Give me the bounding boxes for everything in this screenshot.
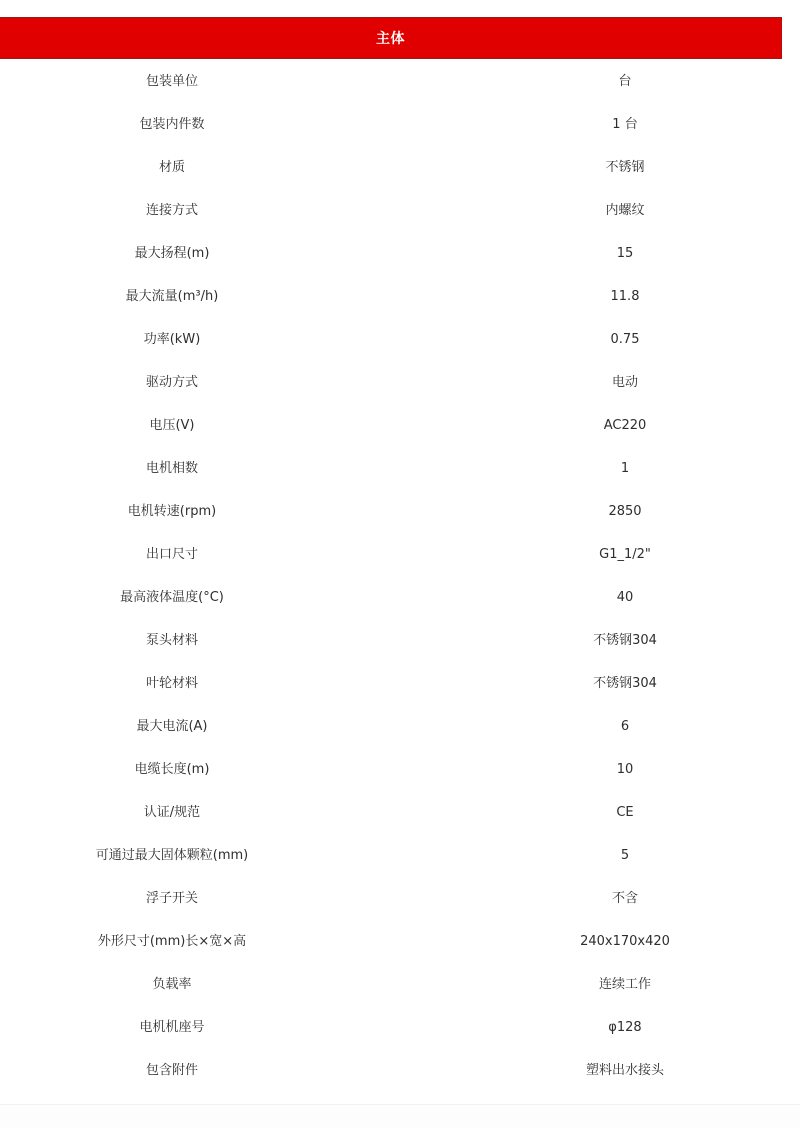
spec-label: 电机相数 [0,447,344,490]
spec-value: 1 [454,447,796,490]
spec-value: 2850 [454,490,796,533]
spec-label: 电机机座号 [0,1006,344,1049]
spec-value: 15 [454,232,796,275]
spec-value: 电动 [454,361,796,404]
spec-value: 40 [454,576,796,619]
spec-label: 浮子开关 [0,877,344,920]
spec-label: 材质 [0,146,344,189]
spec-row-duty-cycle: 负载率 连续工作 [0,963,782,1006]
spec-value: 台 [454,60,796,103]
spec-row-included-accessories: 包含附件 塑料出水接头 [0,1049,782,1092]
spec-label: 负载率 [0,963,344,1006]
spec-value: 不锈钢304 [454,662,796,705]
spec-value: 5 [454,834,796,877]
section-header-bar: 主体 [0,17,782,59]
spec-value: φ128 [454,1006,796,1049]
spec-row-power: 功率(kW) 0.75 [0,318,782,361]
spec-value: 不锈钢 [454,146,796,189]
spec-value: 不含 [454,877,796,920]
spec-value: 6 [454,705,796,748]
spec-value: 内螺纹 [454,189,796,232]
spec-row-impeller-material: 叶轮材料 不锈钢304 [0,662,782,705]
spec-value: 1 台 [454,103,796,146]
spec-row-max-head: 最大扬程(m) 15 [0,232,782,275]
spec-label: 驱动方式 [0,361,344,404]
spec-value: 10 [454,748,796,791]
spec-label: 电压(V) [0,404,344,447]
spec-value: 连续工作 [454,963,796,1006]
spec-label: 功率(kW) [0,318,344,361]
spec-row-certification: 认证/规范 CE [0,791,782,834]
spec-label: 最大电流(A) [0,705,344,748]
spec-label: 叶轮材料 [0,662,344,705]
spec-value: 240x170x420 [454,920,796,963]
spec-label: 连接方式 [0,189,344,232]
spec-row-max-current: 最大电流(A) 6 [0,705,782,748]
spec-row-pump-head-material: 泵头材料 不锈钢304 [0,619,782,662]
spec-label: 电缆长度(m) [0,748,344,791]
spec-value: CE [454,791,796,834]
spec-row-packing-unit: 包装单位 台 [0,60,782,103]
spec-value: 塑料出水接头 [454,1049,796,1092]
spec-label: 认证/规范 [0,791,344,834]
spec-value: 不锈钢304 [454,619,796,662]
spec-label: 可通过最大固体颗粒(mm) [0,834,344,877]
spec-label: 包装单位 [0,60,344,103]
spec-row-drive-type: 驱动方式 电动 [0,361,782,404]
spec-label: 最大流量(m³/h) [0,275,344,318]
spec-row-package-quantity: 包装内件数 1 台 [0,103,782,146]
spec-table: 主体 包装单位 台 包装内件数 1 台 材质 不锈钢 连接方式 内螺纹 最大扬程… [0,17,782,1092]
spec-value: 0.75 [454,318,796,361]
spec-row-connection-type: 连接方式 内螺纹 [0,189,782,232]
spec-label: 电机转速(rpm) [0,490,344,533]
spec-row-dimensions: 外形尺寸(mm)长×宽×高 240x170x420 [0,920,782,963]
spec-label: 包含附件 [0,1049,344,1092]
spec-row-max-liquid-temp: 最高液体温度(°C) 40 [0,576,782,619]
spec-row-max-flow: 最大流量(m³/h) 11.8 [0,275,782,318]
spec-label: 包装内件数 [0,103,344,146]
spec-label: 最高液体温度(°C) [0,576,344,619]
spec-value: 11.8 [454,275,796,318]
section-title: 主体 [376,28,405,48]
spec-value: G1_1/2" [454,533,796,576]
spec-label: 外形尺寸(mm)长×宽×高 [0,920,344,963]
spec-row-max-solid-particle: 可通过最大固体颗粒(mm) 5 [0,834,782,877]
spec-row-outlet-size: 出口尺寸 G1_1/2" [0,533,782,576]
spec-value: AC220 [454,404,796,447]
spec-row-voltage: 电压(V) AC220 [0,404,782,447]
spec-row-float-switch: 浮子开关 不含 [0,877,782,920]
spec-label: 最大扬程(m) [0,232,344,275]
spec-label: 泵头材料 [0,619,344,662]
spec-row-motor-frame: 电机机座号 φ128 [0,1006,782,1049]
bottom-area [0,1105,800,1128]
spec-row-motor-phases: 电机相数 1 [0,447,782,490]
spec-row-motor-speed: 电机转速(rpm) 2850 [0,490,782,533]
spec-rows: 包装单位 台 包装内件数 1 台 材质 不锈钢 连接方式 内螺纹 最大扬程(m)… [0,60,782,1092]
spec-row-cable-length: 电缆长度(m) 10 [0,748,782,791]
spec-label: 出口尺寸 [0,533,344,576]
spec-row-material: 材质 不锈钢 [0,146,782,189]
